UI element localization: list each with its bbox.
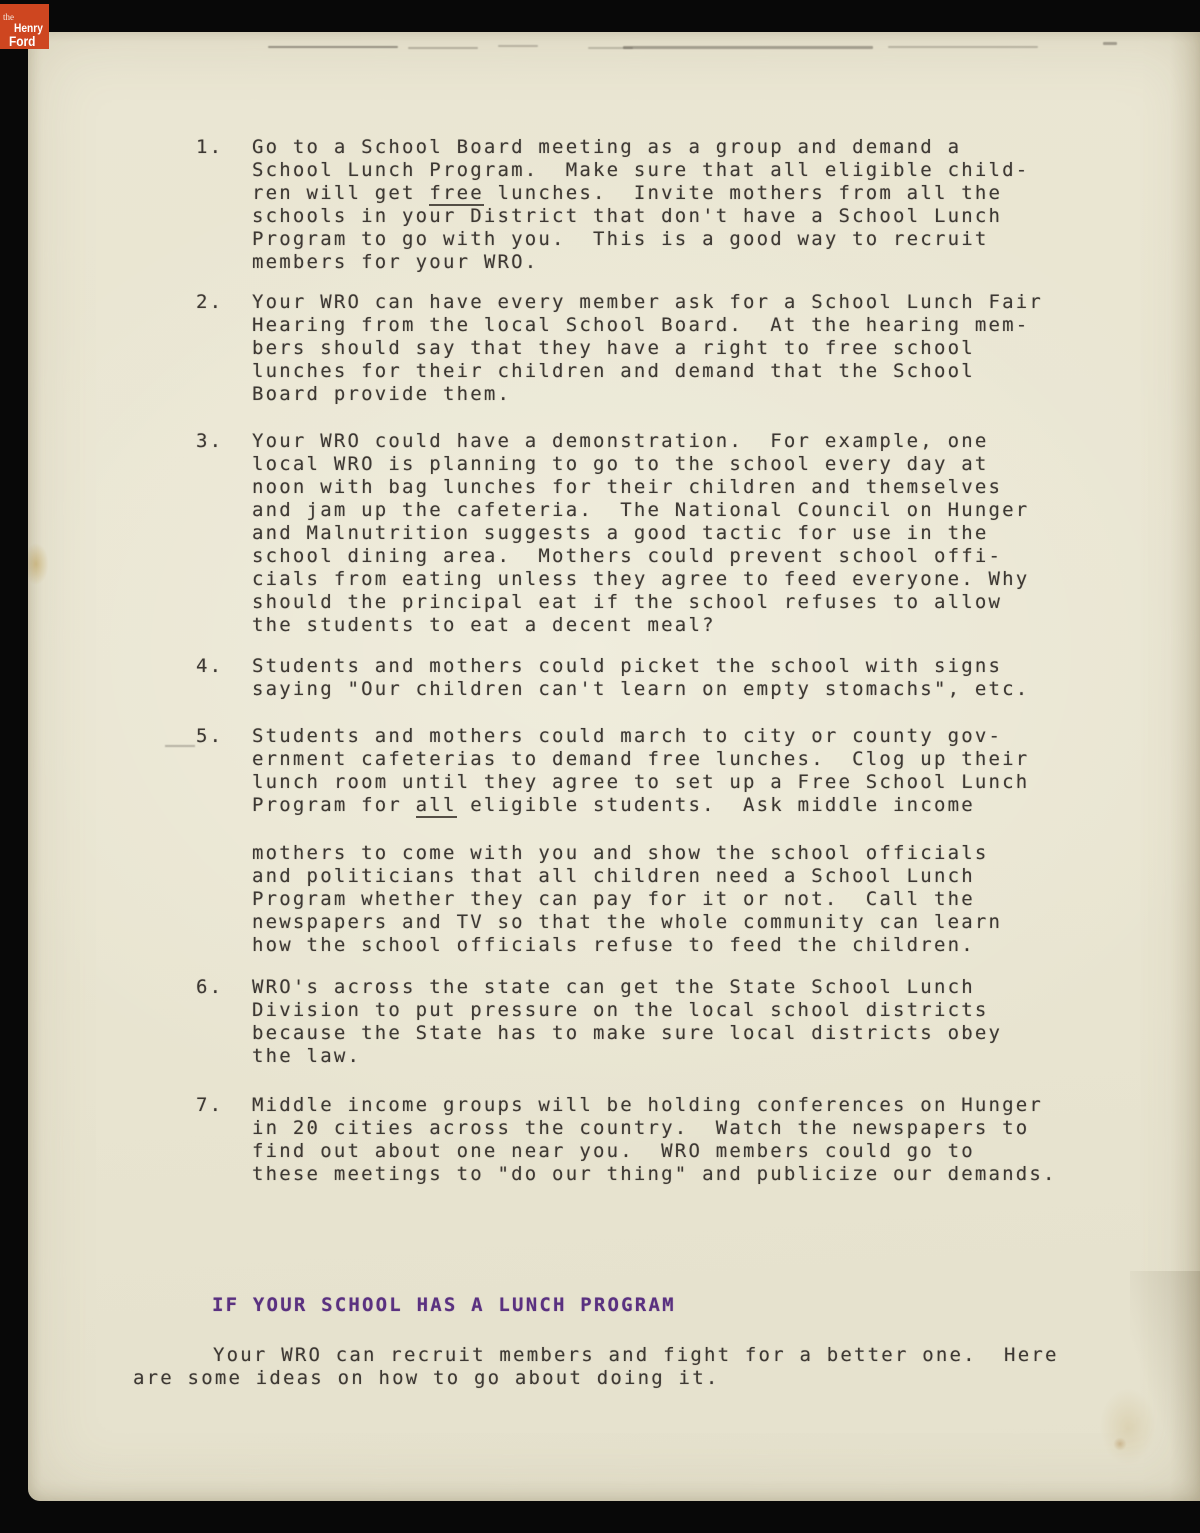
text-segment: Program for [252, 794, 416, 816]
text-segment: lunches. Invite mothers from all the [484, 182, 1002, 204]
text-line: noon with bag lunches for their children… [252, 476, 1029, 499]
text-line: Middle income groups will be holding con… [252, 1094, 1057, 1117]
list-item-text: WRO's across the state can get the State… [252, 976, 1002, 1068]
scan-smudge [1103, 42, 1117, 45]
list-item-text: Your WRO could have a demonstration. For… [252, 430, 1029, 637]
scanned-document-viewer: { "colors": { "background": "#080808", "… [0, 0, 1200, 1533]
text-segment: ren will get [252, 182, 429, 204]
text-line: newspapers and TV so that the whole comm… [252, 911, 1002, 934]
text-line: local WRO is planning to go to the schoo… [252, 453, 1029, 476]
text-line: saying "Our children can't learn on empt… [252, 678, 1029, 701]
text-line: the law. [252, 1045, 1002, 1068]
list-item-number: 4. [196, 655, 223, 678]
text-line: in 20 cities across the country. Watch t… [252, 1117, 1057, 1140]
scan-smudge [498, 45, 538, 47]
text-line: Your WRO could have a demonstration. For… [252, 430, 1029, 453]
text-line: mothers to come with you and show the sc… [252, 842, 1002, 865]
scan-smudge [268, 46, 398, 48]
text-line: Program to go with you. This is a good w… [252, 228, 1029, 251]
text-line: cials from eating unless they agree to f… [252, 568, 1029, 591]
list-item-text: Your WRO can have every member ask for a… [252, 291, 1043, 406]
section-heading: IF YOUR SCHOOL HAS A LUNCH PROGRAM [212, 1294, 676, 1317]
text-line: how the school officials refuse to feed … [252, 934, 1002, 957]
text-line: Your WRO can have every member ask for a… [252, 291, 1043, 314]
text-line: ren will get free lunches. Invite mother… [252, 182, 1029, 205]
list-item: 7. Middle income groups will be holding … [196, 1094, 1057, 1186]
text-line: bers should say that they have a right t… [252, 337, 1043, 360]
scan-smudge [623, 46, 873, 49]
text-line: lunches for their children and demand th… [252, 360, 1043, 383]
document-page: 1. Go to a School Board meeting as a gro… [28, 32, 1200, 1501]
list-item-number: 6. [196, 976, 223, 999]
list-item: 3. Your WRO could have a demonstration. … [196, 430, 1029, 637]
text-line: Program for all eligible students. Ask m… [252, 794, 1029, 817]
text-line: Division to put pressure on the local sc… [252, 999, 1002, 1022]
text-line: Hearing from the local School Board. At … [252, 314, 1043, 337]
text-line: are some ideas on how to go about doing … [133, 1367, 1059, 1390]
list-item-number: 1. [196, 136, 223, 159]
text-line: and Malnutrition suggests a good tactic … [252, 522, 1029, 545]
list-item-number: 7. [196, 1094, 223, 1117]
list-item-text: Middle income groups will be holding con… [252, 1094, 1057, 1186]
list-item: 4. Students and mothers could picket the… [196, 655, 1029, 701]
logo-the-label: the [3, 12, 14, 22]
list-item: 5. Students and mothers could march to c… [196, 725, 1029, 817]
list-item-text: Students and mothers could picket the sc… [252, 655, 1029, 701]
logo-ford-label: Ford [9, 33, 35, 49]
list-item-number: 2. [196, 291, 223, 314]
list-item: 6. WRO's across the state can get the St… [196, 976, 1002, 1068]
underlined-word: all [416, 794, 457, 818]
text-line: these meetings to "do our thing" and pub… [252, 1163, 1057, 1186]
text-line: Program whether they can pay for it or n… [252, 888, 1002, 911]
list-item-number: 3. [196, 430, 223, 453]
text-line: WRO's across the state can get the State… [252, 976, 1002, 999]
henry-ford-logo: the Henry Ford [0, 4, 49, 49]
text-line: should the principal eat if the school r… [252, 591, 1029, 614]
list-item: 2. Your WRO can have every member ask fo… [196, 291, 1043, 406]
list-item-text: Students and mothers could march to city… [252, 725, 1029, 817]
text-line: Students and mothers could picket the sc… [252, 655, 1029, 678]
scan-smudge [408, 47, 478, 49]
text-line: Board provide them. [252, 383, 1043, 406]
text-line: lunch room until they agree to set up a … [252, 771, 1029, 794]
text-line: members for your WRO. [252, 251, 1029, 274]
continuation-paragraph: mothers to come with you and show the sc… [252, 842, 1002, 957]
text-line: and politicians that all children need a… [252, 865, 1002, 888]
closing-paragraph: Your WRO can recruit members and fight f… [133, 1344, 1059, 1390]
list-item-text: Go to a School Board meeting as a group … [252, 136, 1029, 274]
text-line: Students and mothers could march to city… [252, 725, 1029, 748]
text-line: ernment cafeterias to demand free lunche… [252, 748, 1029, 771]
text-line: the students to eat a decent meal? [252, 614, 1029, 637]
text-line: find out about one near you. WRO members… [252, 1140, 1057, 1163]
text-line: Your WRO can recruit members and fight f… [213, 1344, 1059, 1367]
text-segment: eligible students. Ask middle income [457, 794, 975, 816]
text-line: schools in your District that don't have… [252, 205, 1029, 228]
text-line: because the State has to make sure local… [252, 1022, 1002, 1045]
text-line: school dining area. Mothers could preven… [252, 545, 1029, 568]
list-item: 1. Go to a School Board meeting as a gro… [196, 136, 1029, 274]
text-line: Go to a School Board meeting as a group … [252, 136, 1029, 159]
underlined-word: free [429, 182, 484, 206]
text-line: School Lunch Program. Make sure that all… [252, 159, 1029, 182]
list-item-number: 5. [196, 725, 223, 748]
text-line: and jam up the cafeteria. The National C… [252, 499, 1029, 522]
scan-smudge [165, 745, 195, 747]
scan-smudge [888, 46, 1038, 48]
